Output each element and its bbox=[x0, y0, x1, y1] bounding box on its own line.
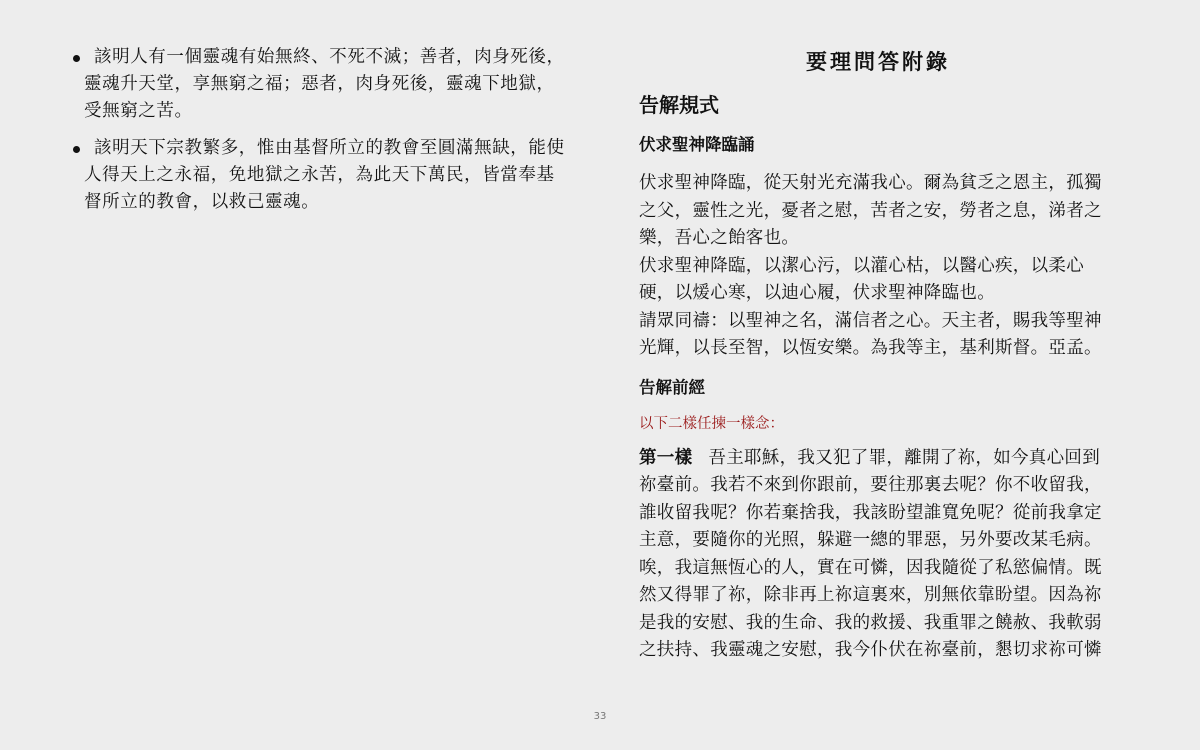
prayer-paragraph: 伏求聖神降臨，以潔心污，以灌心枯，以醫心疾，以柔心硬，以煖心寒，以迪心履，伏求聖… bbox=[639, 253, 1117, 308]
left-page-content: 該明人有一個靈魂有始無終、不死不滅；善者，肉身死後，靈魂升天堂，享無窮之福；惡者… bbox=[70, 44, 570, 226]
prayer-form-paragraph: 第一樣吾主耶穌，我又犯了罪，離開了祢，如今真心回到祢臺前。我若不來到你跟前，要往… bbox=[639, 445, 1117, 665]
appendix-title: 要理問答附錄 bbox=[639, 44, 1117, 80]
prayer-paragraph: 伏求聖神降臨，從天射光充滿我心。爾為貧乏之恩主，孤獨之父，靈性之光，憂者之慰，苦… bbox=[639, 170, 1117, 253]
bullet-item: 該明人有一個靈魂有始無終、不死不滅；善者，肉身死後，靈魂升天堂，享無窮之福；惡者… bbox=[70, 44, 570, 125]
prayer-title: 告解前經 bbox=[639, 375, 1117, 401]
bullet-text: 該明天下宗教繁多，惟由基督所立的教會至圓滿無缺，能使人得天上之永福，免地獄之永苦… bbox=[84, 135, 570, 216]
form-text: 吾主耶穌，我又犯了罪，離開了祢，如今真心回到祢臺前。我若不來到你跟前，要往那裏去… bbox=[639, 448, 1102, 661]
form-label: 第一樣 bbox=[639, 448, 692, 468]
bullet-item: 該明天下宗教繁多，惟由基督所立的教會至圓滿無缺，能使人得天上之永福，免地獄之永苦… bbox=[70, 135, 570, 216]
bullet-dot-icon bbox=[73, 146, 80, 153]
instruction-note: 以下二樣任揀一樣念： bbox=[639, 413, 1117, 435]
bullet-dot-icon bbox=[73, 55, 80, 62]
bullet-text: 該明人有一個靈魂有始無終、不死不滅；善者，肉身死後，靈魂升天堂，享無窮之福；惡者… bbox=[84, 44, 570, 125]
page-number: 33 bbox=[0, 711, 1200, 722]
section-title: 告解規式 bbox=[639, 90, 1117, 120]
prayer-paragraph: 請眾同禱：以聖神之名，滿信者之心。天主者，賜我等聖神光輝，以長至智，以恆安樂。為… bbox=[639, 308, 1117, 363]
right-page-content: 要理問答附錄 告解規式 伏求聖神降臨誦 伏求聖神降臨，從天射光充滿我心。爾為貧乏… bbox=[639, 44, 1117, 665]
bullet-list: 該明人有一個靈魂有始無終、不死不滅；善者，肉身死後，靈魂升天堂，享無窮之福；惡者… bbox=[70, 44, 570, 216]
prayer-title: 伏求聖神降臨誦 bbox=[639, 132, 1117, 158]
